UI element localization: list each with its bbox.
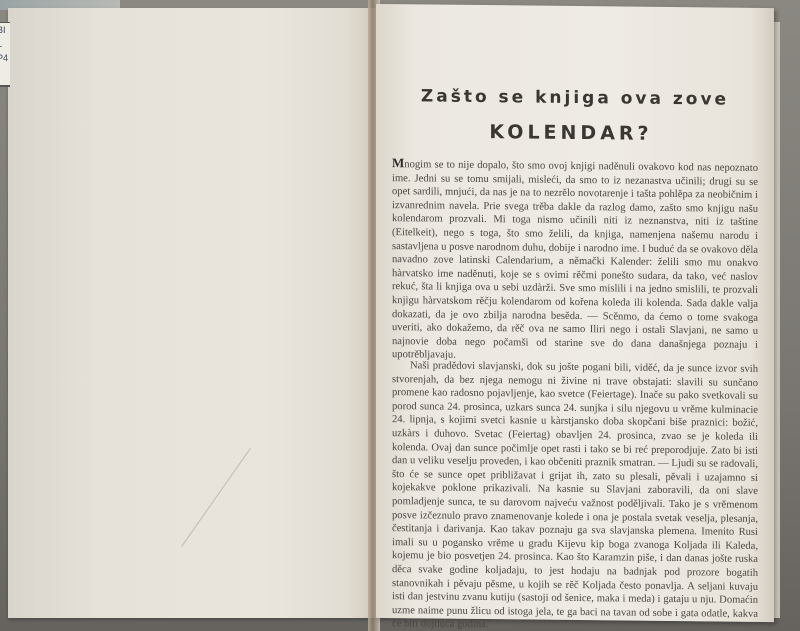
library-spine-label: BI L P4 [0, 22, 10, 87]
paragraph-1-text: nogim se to nije dopalo, što smo ovoj kn… [392, 159, 758, 361]
right-page: Zašto se knjiga ova zove KOLENDAR? Mnogi… [376, 4, 774, 622]
paper-crease [181, 448, 251, 547]
drop-cap: M [392, 155, 404, 170]
left-page-blank [8, 8, 376, 618]
page-title-line-1: Zašto se knjiga ova zove [376, 86, 774, 110]
spine-label-fragment: P4 [0, 51, 10, 65]
spine-label-fragment: BI [0, 23, 10, 37]
paragraph-1: Mnogim se to nije dopalo, što smo ovoj k… [392, 156, 758, 366]
page-title-line-2: KOLENDAR? [372, 120, 770, 146]
paragraph-2: Naši pradědovi slavjanski, dok su jošte … [392, 359, 758, 631]
spine-label-fragment: L [0, 37, 10, 51]
